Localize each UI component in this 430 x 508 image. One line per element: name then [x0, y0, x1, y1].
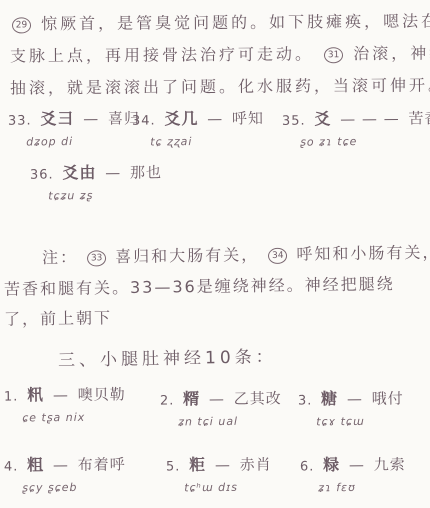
entry-number: 34. [132, 113, 156, 128]
note-text: 喜归和大肠有关， [115, 245, 259, 266]
phonetic-annotation: tɕ ʐʐai [150, 134, 264, 148]
dash: — [83, 110, 99, 128]
dash: — [207, 110, 223, 128]
entry-number: 33. [8, 113, 32, 128]
phonetic-annotation: ɕe tʂa nix [22, 410, 126, 424]
phonetic-annotation: tɕɤ tɕɯ [316, 414, 404, 428]
entry-number: 2. [160, 393, 175, 408]
dash: — [349, 456, 365, 474]
circled-number-29: 29 [12, 17, 31, 33]
vocab-entry-5: 5. 粔 — 赤肖 tɕʰɯ dɪs [166, 451, 272, 494]
circled-number-34: 34 [268, 248, 287, 264]
yi-glyph: 籸 [27, 385, 44, 404]
dash: — [209, 390, 225, 408]
phonetic-annotation: ʂɕy ʂɕeb [22, 480, 126, 494]
paragraph-text: 治滚，神经 [353, 43, 430, 63]
vocab-entry-33: 33. 爻彐 — 喜归 dʑop di [8, 105, 140, 148]
phonetic-annotation: dʑop di [26, 134, 140, 148]
entry-number: 6. [300, 459, 315, 474]
entry-number: 35. [282, 114, 306, 129]
yi-glyph: 爻几 [164, 109, 198, 128]
chinese-gloss: 乙其改 [234, 389, 282, 408]
vocab-entry-4: 4. 粗 — 布着呼 ʂɕy ʂɕeb [4, 451, 126, 494]
chinese-gloss: 布着呼 [78, 455, 126, 474]
dash: — [53, 386, 69, 404]
yi-glyph: 糈 [183, 389, 200, 408]
paragraph-line-1: 29 惊厥首，是管臭觉问题的。如下肢瘫痪，嗯法在 [10, 8, 430, 34]
phonetic-annotation: ʑɿ fɛʊ [318, 480, 406, 494]
paragraph-text: 支脉上点，再用接骨法治疗可走动。 [10, 44, 314, 65]
note-line-3: 了，前上朝下 [4, 305, 112, 330]
yi-glyph: 粔 [189, 455, 206, 474]
dash: — [105, 164, 121, 182]
note-text: 呼知和小肠有关， [296, 243, 430, 264]
dash: — [215, 456, 231, 474]
section-heading-text: 三、小腿肚神经10条： [58, 347, 277, 371]
chinese-gloss: 九索 [374, 455, 406, 473]
vocab-entry-34: 34. 爻几 — 呼知 tɕ ʐʐai [132, 105, 264, 148]
entry-number: 3. [298, 393, 313, 408]
vocab-entry-2: 2. 糈 — 乙其改 ʑn tɕi ual [160, 385, 282, 428]
vocab-entry-36: 36. 爻由 — 那也 tɕʑu ʑʂ [30, 159, 162, 202]
phonetic-annotation: ʑn tɕi ual [178, 414, 282, 428]
section-heading: 三、小腿肚神经10条： [58, 342, 277, 371]
note-line-1: 注： 33 喜归和大肠有关， 34 呼知和小肠有关， 35 — [42, 239, 430, 268]
note-line-2: 苦香和腿有关。33—36是缠绕神经。神经把腿绕 [4, 271, 395, 299]
vocab-entry-35: 35. 爻 — — — 苦香 ʂo ʑɿ tɕe [282, 105, 430, 149]
dash: — — — [340, 110, 400, 129]
handwritten-page: 29 惊厥首，是管臭觉问题的。如下肢瘫痪，嗯法在 支脉上点，再用接骨法治疗可走动… [0, 0, 430, 508]
vocab-entry-1: 1. 籸 — 噢贝勒 ɕe tʂa nix [4, 381, 126, 424]
yi-glyph: 粶 [323, 455, 340, 474]
phonetic-annotation: ʂo ʑɿ tɕe [300, 134, 430, 148]
note-text: 了，前上朝下 [4, 308, 112, 329]
entry-number: 5. [166, 459, 181, 474]
paragraph-line-2: 支脉上点，再用接骨法治疗可走动。 31 治滚，神经 [10, 40, 430, 66]
entry-number: 4. [4, 459, 19, 474]
yi-glyph: 糖 [321, 389, 338, 408]
dash: — [347, 390, 363, 408]
yi-glyph: 粗 [27, 455, 44, 474]
dash: — [53, 456, 69, 474]
entry-number: 36. [30, 167, 54, 182]
paragraph-line-3: 抽滚，就是滚滚出了问题。化水服药，当滚可伸开。 [10, 72, 430, 98]
note-label: 注： [42, 248, 78, 268]
chinese-gloss: 苦香 [408, 109, 430, 127]
vocab-entry-6: 6. 粶 — 九索 ʑɿ fɛʊ [300, 451, 406, 494]
yi-glyph: 爻彐 [40, 109, 74, 128]
paragraph-text: 抽滚，就是滚滚出了问题。化水服药，当滚可伸开。 [10, 75, 430, 97]
chinese-gloss: 赤肖 [240, 455, 272, 473]
yi-glyph: 爻 [314, 109, 331, 128]
paragraph-text: 惊厥首，是管臭觉问题的。如下肢瘫痪，嗯法在 [41, 11, 430, 33]
chinese-gloss: 哦付 [372, 389, 404, 407]
note-text: 苦香和腿有关。33—36是缠绕神经。神经把腿绕 [4, 274, 395, 298]
vocab-entry-3: 3. 糖 — 哦付 tɕɤ tɕɯ [298, 385, 404, 428]
circled-number-33: 33 [87, 250, 106, 266]
chinese-gloss: 噢贝勒 [78, 385, 126, 404]
entry-number: 1. [4, 389, 19, 404]
chinese-gloss: 那也 [130, 163, 162, 181]
circled-number-31: 31 [324, 47, 343, 63]
yi-glyph: 爻由 [62, 163, 96, 182]
phonetic-annotation: tɕʰɯ dɪs [184, 480, 272, 494]
chinese-gloss: 呼知 [232, 109, 264, 127]
phonetic-annotation: tɕʑu ʑʂ [48, 188, 162, 202]
